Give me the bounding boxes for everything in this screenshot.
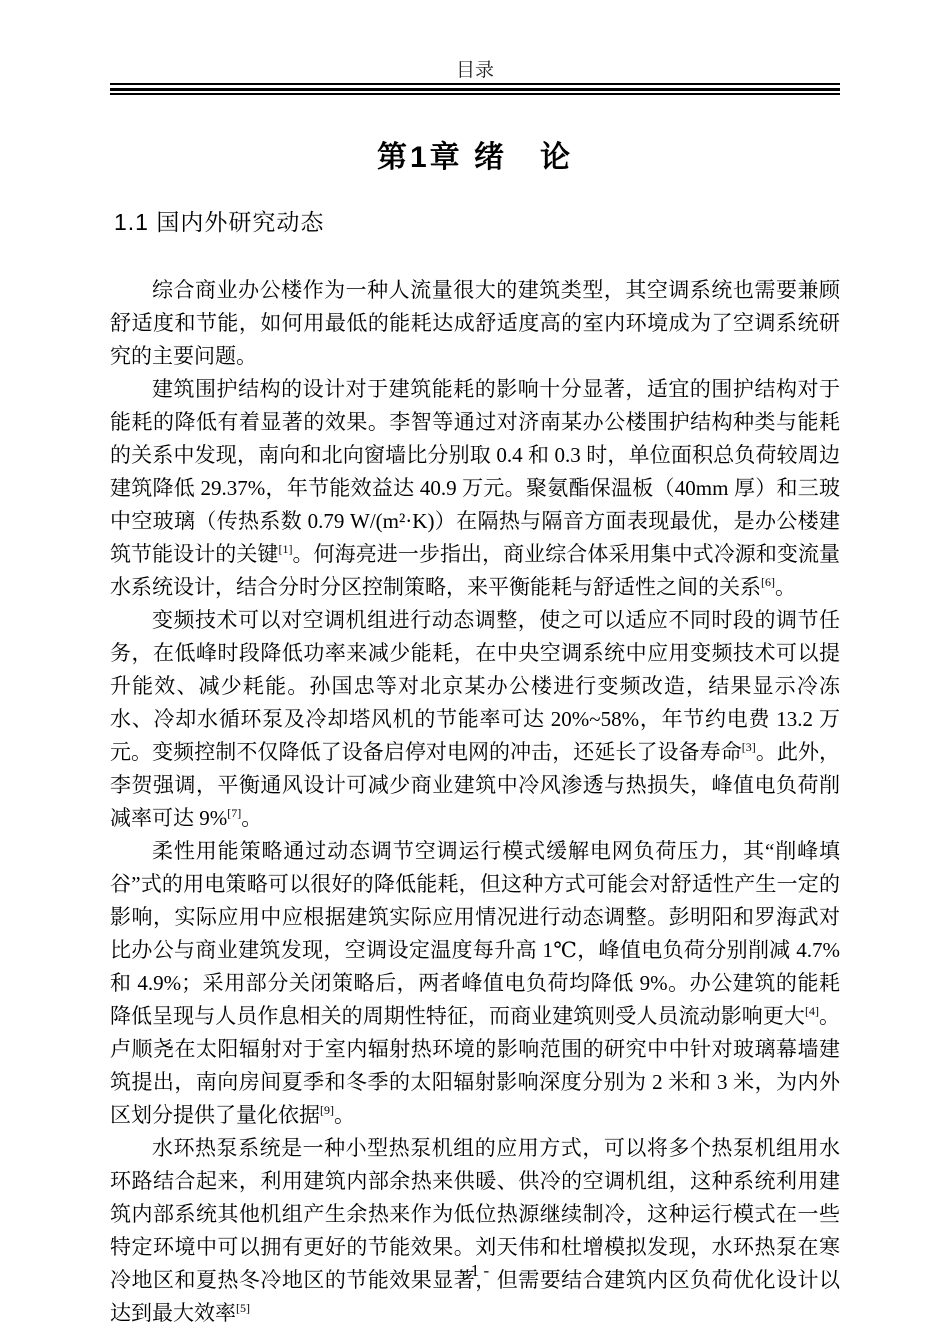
- page-header: 目录: [110, 0, 840, 95]
- page-number: - 1 -: [0, 1260, 950, 1282]
- citation-ref: [7]: [227, 806, 241, 820]
- citation-ref: [5]: [236, 1301, 250, 1315]
- citation-ref: [1]: [278, 542, 292, 556]
- body-paragraph: 柔性用能策略通过动态调节空调运行模式缓解电网负荷压力，其“削峰填谷”式的用电策略…: [110, 835, 840, 1132]
- body-paragraphs: 综合商业办公楼作为一种人流量很大的建筑类型，其空调系统也需要兼顾舒适度和节能，如…: [110, 274, 840, 1330]
- body-paragraph: 建筑围护结构的设计对于建筑能耗的影响十分显著，适宜的围护结构对于能耗的降低有着显…: [110, 373, 840, 604]
- citation-ref: [4]: [805, 1004, 819, 1018]
- document-page: 目录 第1章 绪 论 1.1 国内外研究动态 综合商业办公楼作为一种人流量很大的…: [0, 0, 950, 1344]
- body-paragraph: 水环热泵系统是一种小型热泵机组的应用方式，可以将多个热泵机组用水环路结合起来，利…: [110, 1132, 840, 1330]
- body-paragraph: 变频技术可以对空调机组进行动态调整，使之可以适应不同时段的调节任务，在低峰时段降…: [110, 604, 840, 835]
- body-paragraph: 综合商业办公楼作为一种人流量很大的建筑类型，其空调系统也需要兼顾舒适度和节能，如…: [110, 274, 840, 373]
- running-header-title: 目录: [110, 58, 840, 85]
- citation-ref: [3]: [742, 740, 756, 754]
- citation-ref: [6]: [761, 575, 775, 589]
- chapter-title: 第1章 绪 论: [110, 139, 840, 177]
- citation-ref: [9]: [320, 1103, 334, 1117]
- header-rule-double: [110, 88, 840, 95]
- section-heading: 1.1 国内外研究动态: [114, 206, 840, 238]
